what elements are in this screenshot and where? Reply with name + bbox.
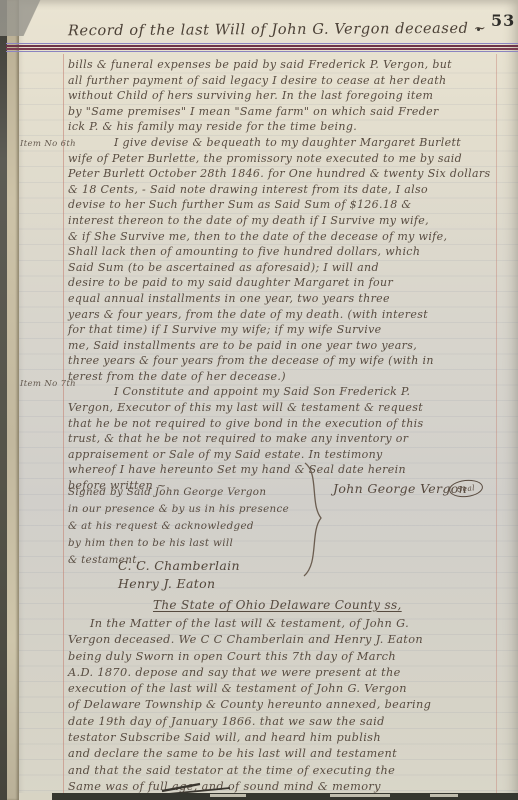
will-line: appraisement or Sale of my Said estate. … — [68, 447, 500, 463]
will-line: years & four years, from the date of my … — [68, 307, 500, 323]
will-line: for that time) if I Survive my wife; if … — [68, 322, 500, 338]
bottom-edge-fragment — [330, 794, 390, 797]
will-body: bills & funeral expenses be paid by said… — [68, 57, 500, 494]
probate-heading: The State of Ohio Delaware County ss, — [153, 598, 402, 612]
witness-brace-mark — [295, 460, 329, 578]
will-line: & if She Survive me, then to the date of… — [68, 229, 500, 245]
probate-section: In the Matter of the last will & testame… — [68, 616, 500, 795]
will-line: me, Said installments are to be paid in … — [68, 338, 500, 354]
will-line: & 18 Cents, - Said note drawing interest… — [68, 182, 500, 198]
probate-line: execution of the last will & testament o… — [68, 681, 500, 697]
probate-line: A.D. 1870. depose and say that we were p… — [68, 665, 500, 681]
will-line: Said Sum (to be ascertained as aforesaid… — [68, 260, 500, 276]
ledger-double-rule — [6, 45, 518, 47]
probate-line: date 19th day of January 1866. that we s… — [68, 714, 500, 730]
will-line: without Child of hers surviving her. In … — [68, 88, 500, 104]
will-line: whereof I have hereunto Set my hand & Se… — [68, 462, 500, 478]
margin-line-left — [63, 54, 64, 793]
will-line: I Constitute and appoint my Said Son Fre… — [68, 384, 500, 400]
will-line: I give devise & bequeath to my daughter … — [68, 135, 500, 151]
header-title: Record of the last Will of John G. Vergo… — [68, 21, 487, 40]
will-line: terest from the date of her decease.) — [68, 369, 500, 385]
page-number: 53 — [491, 11, 515, 30]
page-torn-edge — [7, 0, 19, 800]
testator-signature: John George Vergon — [333, 481, 467, 496]
attestation-block: Signed by Said John George Vergon in our… — [68, 484, 313, 568]
will-line: trust, & that he be not required to make… — [68, 431, 500, 447]
probate-line: being duly Sworn in open Court this 7th … — [68, 649, 500, 665]
ledger-scan: 53 Record of the last Will of John G. Ve… — [0, 0, 518, 800]
corner-shadow — [0, 0, 60, 36]
probate-line: of Delaware Township & County hereunto a… — [68, 697, 500, 713]
attestation-line: & at his request & acknowledged — [68, 518, 313, 535]
attestation-line: Signed by Said John George Vergon — [68, 484, 313, 501]
will-line: by "Same premises" I mean "Same farm" on… — [68, 104, 500, 120]
will-line: ick P. & his family may reside for the t… — [68, 119, 500, 135]
probate-line: Vergon deceased. We C C Chamberlain and … — [68, 632, 500, 648]
bottom-page-edge — [19, 793, 52, 800]
probate-line: testator Subscribe Said will, and heard … — [68, 730, 500, 746]
book-binding — [0, 0, 7, 800]
will-line: Shall lack then of amounting to five hun… — [68, 244, 500, 260]
witness-name: Henry J. Eaton — [118, 575, 240, 593]
will-line: three years & four years from the deceas… — [68, 353, 500, 369]
attestation-line: by him then to be his last will — [68, 535, 313, 552]
will-line: devise to her Such further Sum as Said S… — [68, 197, 500, 213]
will-line: equal annual installments in one year, t… — [68, 291, 500, 307]
will-line: bills & funeral expenses be paid by said… — [68, 57, 500, 73]
will-line: that he be not required to give bond in … — [68, 416, 500, 432]
ledger-double-rule — [6, 48, 518, 50]
will-line: desire to be paid to my said daughter Ma… — [68, 275, 500, 291]
will-line: all further payment of said legacy I des… — [68, 73, 500, 89]
witness-name: C. C. Chamberlain — [118, 557, 240, 575]
will-line: wife of Peter Burlette, the promissory n… — [68, 151, 500, 167]
probate-line: and declare the same to be his last will… — [68, 746, 500, 762]
will-line: Vergon, Executor of this my last will & … — [68, 400, 500, 416]
ledger-double-rule — [6, 51, 518, 52]
bottom-edge-fragment — [210, 794, 246, 797]
will-line: Peter Burlett October 28th 1846. for One… — [68, 166, 500, 182]
attestation-line: in our presence & by us in his presence — [68, 501, 313, 518]
probate-line: In the Matter of the last will & testame… — [68, 616, 500, 632]
bottom-edge-fragment — [430, 794, 458, 797]
ledger-double-rule — [6, 43, 518, 44]
witness-signatures: C. C. Chamberlain Henry J. Eaton — [118, 557, 240, 592]
probate-line: and that the said testator at the time o… — [68, 763, 500, 779]
will-line: interest thereon to the date of my death… — [68, 213, 500, 229]
